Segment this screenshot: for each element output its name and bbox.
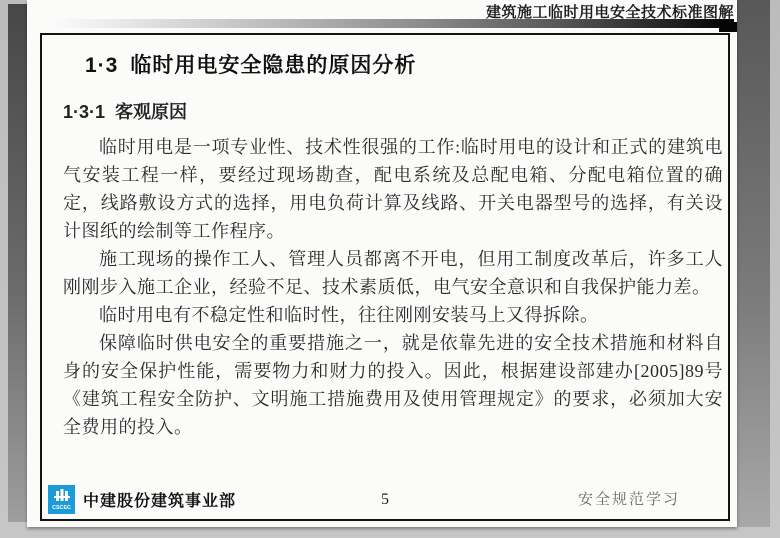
footer-course-label: 安全规范学习 <box>578 488 680 509</box>
slide-frame: 1·3临时用电安全隐患的原因分析 1·3·1客观原因 临时用电是一项专业性、技术… <box>40 33 730 521</box>
page-number: 5 <box>381 491 389 509</box>
scan-shadow-left <box>8 4 27 522</box>
scanned-page: 建筑施工临时用电安全技术标准图解 1·3临时用电安全隐患的原因分析 1·3·1客… <box>27 0 737 527</box>
cscec-logo-icon: CSCEC <box>48 485 75 514</box>
subsection-number: 1·3·1 <box>63 102 105 122</box>
paragraph: 临时用电有不稳定性和临时性，往往刚刚安装马上又得拆除。 <box>63 301 723 329</box>
header-gradient-rule <box>50 19 734 28</box>
section-title: 1·3临时用电安全隐患的原因分析 <box>85 53 723 79</box>
body-text: 临时用电是一项专业性、技术性很强的工作:临时用电的设计和正式的建筑电气安装工程一… <box>63 133 723 441</box>
footer-left: CSCEC 中建股份建筑事业部 <box>48 485 236 514</box>
slide-footer: CSCEC 中建股份建筑事业部 5 安全规范学习 <box>48 482 722 514</box>
subsection-title: 1·3·1客观原因 <box>63 100 723 124</box>
section-number: 1·3 <box>85 54 118 77</box>
header-gradient-rule-end <box>719 22 737 32</box>
organization-name: 中建股份建筑事业部 <box>83 488 236 511</box>
slide-content: 1·3临时用电安全隐患的原因分析 1·3·1客观原因 临时用电是一项专业性、技术… <box>42 35 728 441</box>
paragraph: 保障临时供电安全的重要措施之一，就是依靠先进的安全技术措施和材料自身的安全保护性… <box>63 329 723 441</box>
subsection-title-text: 客观原因 <box>115 102 187 122</box>
document-viewer: 建筑施工临时用电安全技术标准图解 1·3临时用电安全隐患的原因分析 1·3·1客… <box>0 0 780 538</box>
paragraph: 施工现场的操作工人、管理人员都离不开电，但用工制度改革后，许多工人刚刚步入施工企… <box>63 245 723 301</box>
cscec-logo-text: CSCEC <box>52 505 71 511</box>
scan-shadow-right <box>737 0 770 527</box>
paragraph: 临时用电是一项专业性、技术性很强的工作:临时用电的设计和正式的建筑电气安装工程一… <box>63 133 723 245</box>
section-title-text: 临时用电安全隐患的原因分析 <box>130 54 416 77</box>
